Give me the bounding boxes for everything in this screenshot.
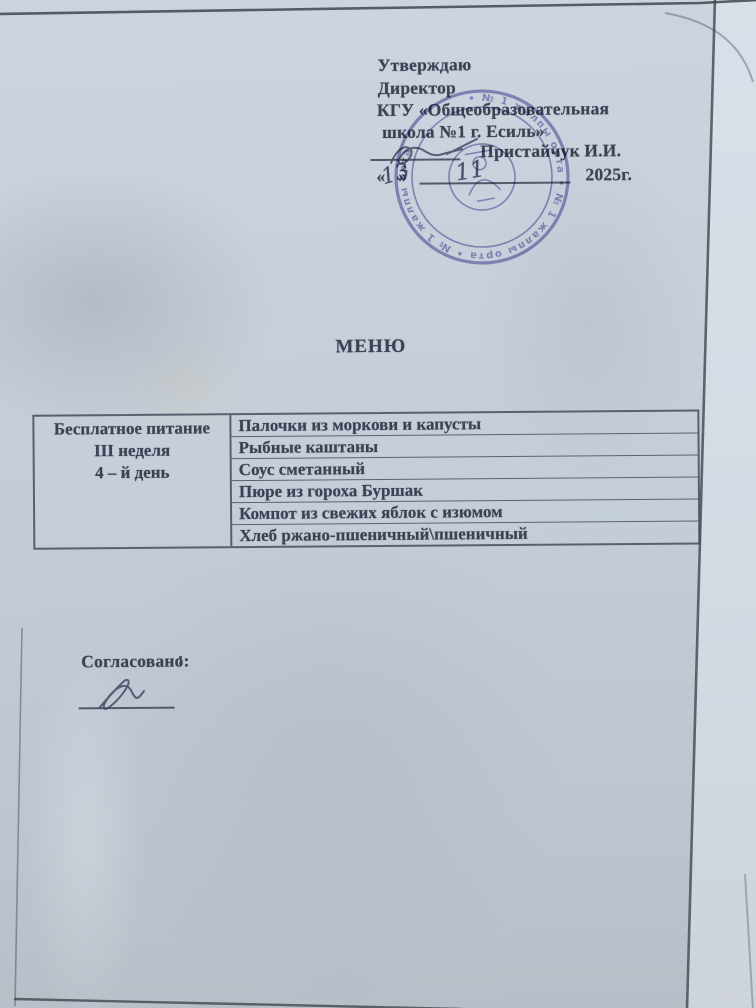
svg-text:• № 1 жалпы орта • № 1 жалпы о: • № 1 жалпы орта • № 1 жалпы орта • № 1 … (385, 80, 580, 275)
stamp-emblem-ring (444, 139, 520, 215)
school-round-stamp: • № 1 жалпы орта • № 1 жалпы орта • № 1 … (382, 77, 581, 276)
stamp-rim-text: • № 1 жалпы орта • № 1 жалпы орта • № 1 … (385, 80, 580, 275)
photographed-menu-document: Утверждаю Директор КГУ «Общеобразователь… (0, 0, 756, 1008)
stamp-layer: • № 1 жалпы орта • № 1 жалпы орта • № 1 … (0, 0, 756, 1008)
stamp-emblem (462, 150, 502, 203)
